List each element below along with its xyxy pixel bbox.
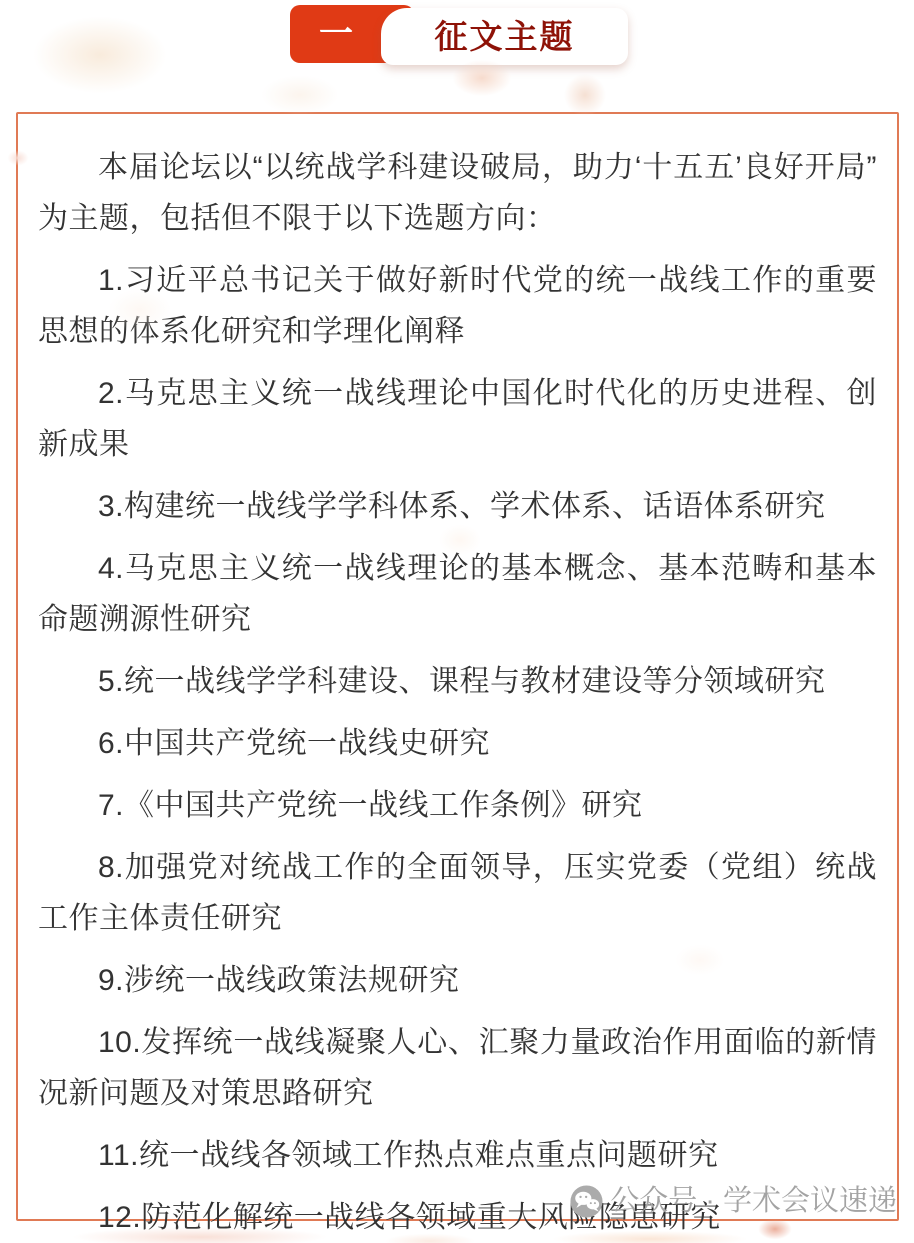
topic-item: 5.统一战线学学科建设、课程与教材建设等分领域研究 (38, 656, 877, 707)
section-number: 一 (319, 17, 353, 51)
wechat-icon (570, 1185, 603, 1218)
section-title-tab: 征文主题 (381, 8, 628, 65)
topic-item: 9.涉统一战线政策法规研究 (38, 955, 877, 1006)
topic-item: 7.《中国共产党统一战线工作条例》研究 (38, 780, 877, 831)
content-box: 本届论坛以“以统战学科建设破局，助力‘十五五’良好开局”为主题，包括但不限于以下… (16, 112, 899, 1221)
topic-item: 11.统一战线各领域工作热点难点重点问题研究 (38, 1130, 877, 1181)
intro-paragraph: 本届论坛以“以统战学科建设破局，助力‘十五五’良好开局”为主题，包括但不限于以下… (38, 142, 877, 244)
topic-item: 10.发挥统一战线凝聚人心、汇聚力量政治作用面临的新情况新问题及对策思路研究 (38, 1017, 877, 1119)
topic-item: 2.马克思主义统一战线理论中国化时代化的历史进程、创新成果 (38, 368, 877, 470)
topic-item: 8.加强党对统战工作的全面领导，压实党委（党组）统战工作主体责任研究 (38, 842, 877, 944)
section-title: 征文主题 (435, 20, 575, 53)
topic-item: 6.中国共产党统一战线史研究 (38, 718, 877, 769)
section-header: 一 征文主题 (0, 0, 914, 80)
watermark-text: 公众号 · 学术会议速递 (610, 1187, 897, 1216)
topic-list: 1.习近平总书记关于做好新时代党的统一战线工作的重要思想的体系化研究和学理化阐释… (38, 255, 877, 1243)
topic-item: 1.习近平总书记关于做好新时代党的统一战线工作的重要思想的体系化研究和学理化阐释 (38, 255, 877, 357)
topic-item: 4.马克思主义统一战线理论的基本概念、基本范畴和基本命题溯源性研究 (38, 543, 877, 645)
topic-item: 3.构建统一战线学学科体系、学术体系、话语体系研究 (38, 481, 877, 532)
watermark: 公众号 · 学术会议速递 (570, 1185, 897, 1218)
